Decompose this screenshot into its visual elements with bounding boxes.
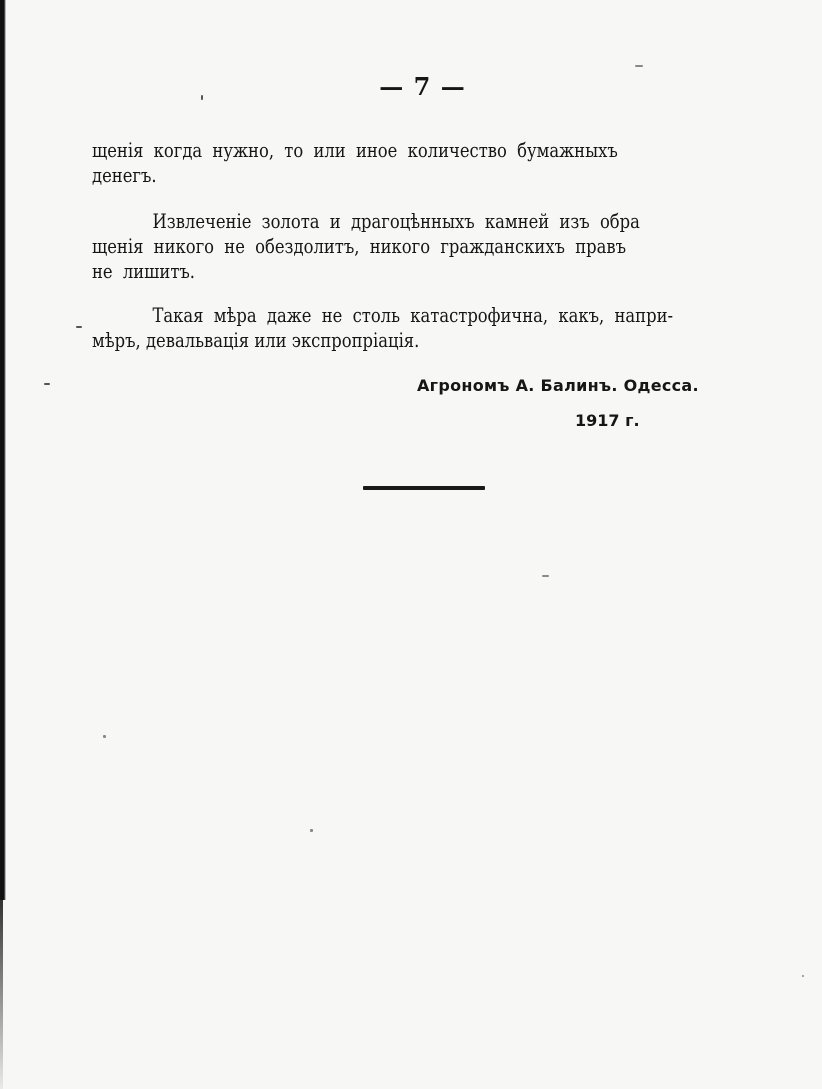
scan-speck <box>542 575 549 577</box>
text-line: денегъ. <box>92 163 655 188</box>
text-line: Такая мѣра даже не столь катастрофична, … <box>92 303 655 328</box>
publication-year: 1917 г. <box>575 411 640 430</box>
text-line: щенія никого не обездолитъ, никого гражд… <box>92 234 655 259</box>
section-divider-rule <box>363 486 485 490</box>
scan-speck <box>635 65 643 67</box>
page-number: — 7 — <box>0 72 822 101</box>
paragraph-1: щенія когда нужно, то или иное количеств… <box>92 138 655 188</box>
scan-speck <box>44 383 50 385</box>
text-line: мѣръ, девальвація или экспропріація. <box>92 328 655 353</box>
page-binding-edge <box>0 0 6 900</box>
scan-speck <box>802 975 804 977</box>
author-signature: Агрономъ А. Балинъ. Одесса. <box>417 376 699 395</box>
text-line: не лишитъ. <box>92 259 655 284</box>
paragraph-3: Такая мѣра даже не столь катастрофична, … <box>92 303 655 353</box>
scan-speck <box>310 829 313 832</box>
scan-speck <box>201 95 203 100</box>
paragraph-2: Извлеченіе золота и драгоцѣнныхъ камней … <box>92 209 655 284</box>
scan-speck <box>76 326 82 328</box>
text-line: щенія когда нужно, то или иное количеств… <box>92 138 655 163</box>
page-binding-edge-lower <box>0 900 3 1089</box>
scan-speck <box>103 735 106 738</box>
text-line: Извлеченіе золота и драгоцѣнныхъ камней … <box>92 209 655 234</box>
